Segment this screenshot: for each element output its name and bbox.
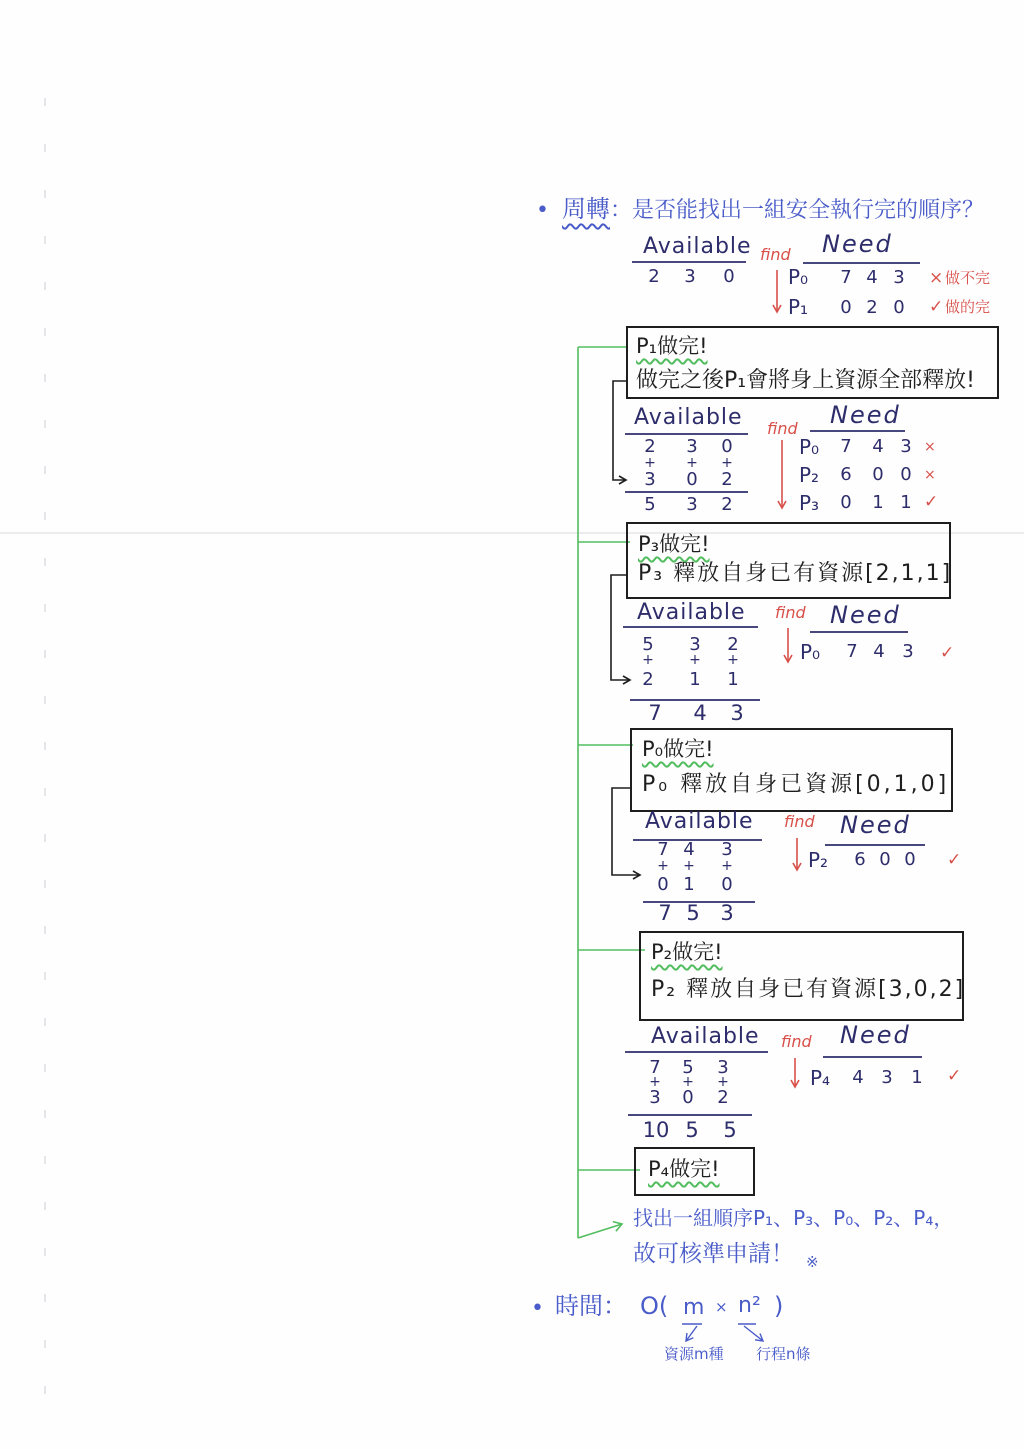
step3-detail: P₀ 釋放自身已資源[0,1,0] <box>642 772 949 797</box>
conclusion-line2: 故可核準申請！ <box>633 1241 794 1267</box>
conclusion-end-mark: ※ <box>806 1254 819 1271</box>
step3-released-value: 0 <box>721 875 732 895</box>
initial-need-process: P₁ <box>788 296 808 318</box>
step4-need-value: 3 <box>881 1068 892 1088</box>
notes-page: • 周轉：是否能找出一組安全執行完的順序？ Available 2 3 0 fi… <box>0 0 1024 1449</box>
step2-need-value: 7 <box>846 642 857 662</box>
step1-title: P₁做完! <box>636 334 708 358</box>
step4-sum-value: 5 <box>685 1118 698 1142</box>
check-icon: ✓ <box>947 850 961 870</box>
step5-title: P₄做完! <box>648 1157 720 1181</box>
step4-find-label: find <box>781 1033 812 1051</box>
step2-sum-value: 7 <box>648 701 661 725</box>
step3-need-label: Need <box>840 812 911 840</box>
step1-prev-value: 2 <box>644 437 655 457</box>
step4-need-label: Need <box>840 1022 911 1050</box>
step1-sum-value: 3 <box>686 495 697 515</box>
cross-icon: × <box>924 465 936 485</box>
step2-released-value: 1 <box>689 670 700 690</box>
step2-released-value: 2 <box>642 670 653 690</box>
step4-released-value: 0 <box>682 1088 693 1108</box>
step3-prev-value: 7 <box>657 840 668 860</box>
step1-need-value: 0 <box>872 465 883 485</box>
step1-sum-value: 2 <box>721 495 732 515</box>
step2-find-label: find <box>775 604 806 622</box>
initial-find-label: find <box>760 246 791 264</box>
initial-available-value: 3 <box>684 267 695 287</box>
n-note: 行程n條 <box>756 1346 811 1363</box>
release-arrow-step3-icon <box>612 788 640 875</box>
step3-need-value: 6 <box>854 850 865 870</box>
step1-need-value: 1 <box>872 493 883 513</box>
step4-need-value: 4 <box>852 1068 863 1088</box>
step2-sum-value: 3 <box>730 701 743 725</box>
step2-title: P₃做完! <box>638 532 710 556</box>
step1-need-value: 4 <box>872 437 883 457</box>
plus-sign: + <box>689 652 701 668</box>
header-line: 周轉：是否能找出一組安全執行完的順序？ <box>562 196 984 224</box>
step1-need-value: 0 <box>900 465 911 485</box>
m-note: 資源m種 <box>664 1346 724 1363</box>
check-icon: ✓ <box>929 297 943 317</box>
formula-open: O( <box>640 1293 668 1321</box>
formula-times: × <box>715 1299 728 1316</box>
initial-need-value: 7 <box>840 268 851 288</box>
check-icon: ✓ <box>924 492 938 512</box>
step2-detail: P₃ 釋放自身已有資源[2,1,1] <box>638 561 952 586</box>
formula-n-squared: n² <box>738 1293 761 1318</box>
step4-sum-value: 10 <box>643 1118 670 1142</box>
cross-icon: × <box>929 268 943 288</box>
step1-need-value: 6 <box>840 465 851 485</box>
step2-need-value: 4 <box>873 642 884 662</box>
step2-need-label: Need <box>830 602 901 630</box>
step1-need-value: 0 <box>840 493 851 513</box>
complexity-bullet: • <box>531 1296 544 1321</box>
initial-need-value: 3 <box>893 268 904 288</box>
step4-released-value: 2 <box>717 1088 728 1108</box>
step4-title: P₂做完! <box>651 940 723 964</box>
check-icon: ✓ <box>940 643 954 663</box>
step2-need-process: P₀ <box>800 641 820 663</box>
step1-need-value: 1 <box>900 493 911 513</box>
step3-released-value: 0 <box>657 875 668 895</box>
step2-available-label: Available <box>637 600 746 625</box>
initial-need-label: Need <box>822 231 893 259</box>
step1-prev-value: 3 <box>686 437 697 457</box>
plus-sign: + <box>683 858 695 874</box>
step2-released-value: 1 <box>727 670 738 690</box>
n-note-arrow-icon <box>744 1326 763 1341</box>
initial-need-note: 做的完 <box>945 297 990 317</box>
step3-prev-value: 4 <box>683 840 694 860</box>
step4-need-process: P₄ <box>810 1067 830 1089</box>
plus-sign: + <box>657 858 669 874</box>
step3-need-value: 0 <box>879 850 890 870</box>
step1-need-process: P₀ <box>799 436 819 458</box>
formula-m: m <box>683 1295 704 1320</box>
step3-find-label: find <box>784 813 815 831</box>
conclusion-line1: 找出一組順序P₁、P₃、P₀、P₂、P₄， <box>633 1207 953 1230</box>
step1-released-value: 2 <box>721 470 732 490</box>
step4-sum-value: 5 <box>723 1118 736 1142</box>
step1-prev-value: 0 <box>721 437 732 457</box>
initial-need-process: P₀ <box>788 266 808 288</box>
header-term: 周轉 <box>562 195 610 223</box>
initial-need-value: 2 <box>866 298 877 318</box>
release-arrow-step1-icon <box>613 381 627 480</box>
step3-sum-value: 7 <box>658 901 671 925</box>
step1-need-value: 3 <box>900 437 911 457</box>
plus-sign: + <box>727 652 739 668</box>
step2-need-value: 3 <box>902 642 913 662</box>
step3-need-process: P₂ <box>808 849 828 871</box>
step1-released-value: 0 <box>686 470 697 490</box>
initial-available-label: Available <box>643 234 752 259</box>
step1-need-value: 7 <box>840 437 851 457</box>
step3-sum-value: 3 <box>720 901 733 925</box>
step3-available-label: Available <box>645 809 754 834</box>
complexity-label: 時間： <box>555 1293 627 1321</box>
plus-sign: + <box>721 858 733 874</box>
header-bullet: • <box>536 198 549 223</box>
initial-need-value: 0 <box>893 298 904 318</box>
check-icon: ✓ <box>947 1066 961 1086</box>
initial-available-value: 0 <box>723 267 734 287</box>
step1-available-label: Available <box>634 405 743 430</box>
step3-released-value: 1 <box>683 875 694 895</box>
step3-prev-value: 3 <box>721 840 732 860</box>
step4-released-value: 3 <box>649 1088 660 1108</box>
step4-available-label: Available <box>651 1024 760 1049</box>
step4-detail: P₂ 釋放自身已有資源[3,0,2] <box>651 977 965 1002</box>
step1-sum-value: 5 <box>644 495 655 515</box>
initial-need-note: 做不完 <box>945 268 990 288</box>
step2-sum-value: 4 <box>693 701 706 725</box>
step4-need-value: 1 <box>911 1068 922 1088</box>
initial-available-value: 2 <box>648 267 659 287</box>
step3-sum-value: 5 <box>686 901 699 925</box>
step3-title: P₀做完! <box>642 737 714 761</box>
step1-released-value: 3 <box>644 470 655 490</box>
step1-need-process: P₂ <box>799 464 819 486</box>
initial-need-value: 4 <box>866 268 877 288</box>
m-note-arrow-icon <box>686 1326 697 1341</box>
initial-need-value: 0 <box>840 298 851 318</box>
step1-find-label: find <box>767 420 798 438</box>
plus-sign: + <box>642 652 654 668</box>
step1-detail: 做完之後P₁會將身上資源全部釋放! <box>636 368 975 393</box>
step1-need-label: Need <box>830 402 901 430</box>
flow-end-arrow-icon <box>578 1224 622 1238</box>
formula-close: ) <box>774 1293 783 1321</box>
step3-need-value: 0 <box>904 850 915 870</box>
header-question: ：是否能找出一組安全執行完的順序？ <box>610 198 984 223</box>
cross-icon: × <box>924 437 936 457</box>
step1-need-process: P₃ <box>799 492 819 514</box>
